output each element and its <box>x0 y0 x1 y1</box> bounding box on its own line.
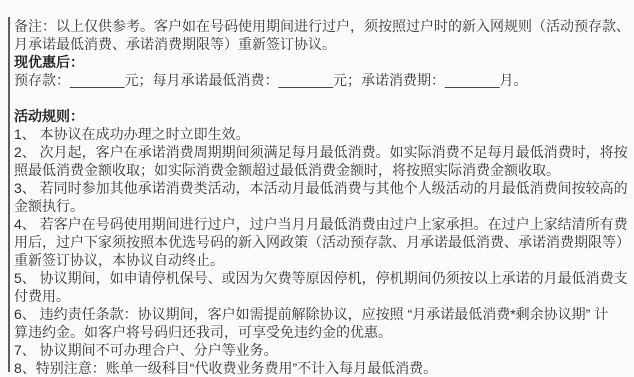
rule-line-4a: 4、 若客户在号码使用期间进行过户，过户当月月最低消费由过户上家承担。在过户上家… <box>14 215 628 233</box>
rule-line-8: 8、特别注意：账单一级科目“代收费业务费用”不计入每月最低消费。 <box>14 359 628 372</box>
note-line-1: 备注：以上仅供参考。客户如在号码使用期间进行过户，须按照过户时的新入网规则（活动… <box>14 17 628 35</box>
rule-line-5b: 付费用。 <box>14 287 628 305</box>
rule-line-3a: 3、 若同时参加其他承诺消费类活动，本活动月最低消费与其他个人级活动的月最低消费… <box>14 179 628 197</box>
rules-heading: 活动规则： <box>14 107 628 125</box>
rule-line-4b: 用后，过户下家须按照本优选号码的新入网政策（活动预存款、月承诺最低消费、承诺消费… <box>14 233 628 251</box>
rule-line-2b: 照最低消费金额收取；如实际消费金额超过最低消费金额时，将按照实际消费金额收取。 <box>14 161 628 179</box>
rule-line-7: 7、 协议期间不可办理合户、分户等业务。 <box>14 341 628 359</box>
terms-quote-block: 备注：以上仅供参考。客户如在号码使用期间进行过户，须按照过户时的新入网规则（活动… <box>8 17 628 372</box>
note-line-2: 月承诺最低消费、承诺消费期限等）重新签订协议。 <box>14 35 628 53</box>
offer-blanks-line: 预存款：_______元；每月承诺最低消费：_______元；承诺消费期：___… <box>14 71 628 89</box>
current-offer-heading: 现优惠后： <box>14 53 628 71</box>
rule-line-6b: 算违约金。如客户将号码归还我司，可享受免违约金的优惠。 <box>14 323 628 341</box>
rule-line-6a: 6、 违约责任条款：协议期间，客户如需提前解除协议，应按照 “月承诺最低消费*剩… <box>14 305 628 323</box>
rule-line-5a: 5、 协议期间，如申请停机保号、或因为欠费等原因停机，停机期间仍须按以上承诺的月… <box>14 269 628 287</box>
paragraph-spacer <box>14 89 628 107</box>
rule-line-1: 1、 本协议在成功办理之时立即生效。 <box>14 125 628 143</box>
rule-line-3b: 金额执行。 <box>14 197 628 215</box>
rule-line-2a: 2、 次月起，客户在承诺消费周期期间须满足每月最低消费。如实际消费不足每月最低消… <box>14 143 628 161</box>
rule-line-4c: 重新签订协议，本协议自动终止。 <box>14 251 628 269</box>
